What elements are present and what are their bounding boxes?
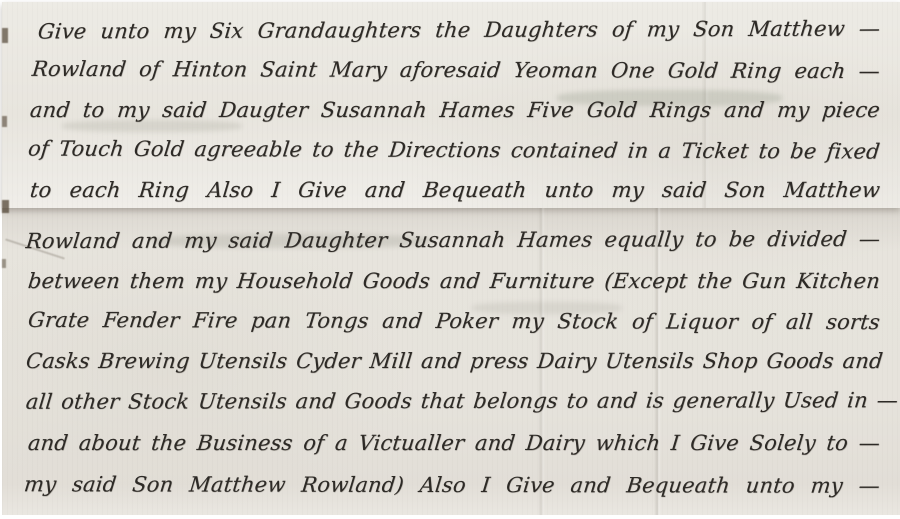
manuscript-line: all other Stock Utensils and Goods that …	[25, 390, 881, 412]
manuscript-page: Give unto my Six Grandaughters the Daugh…	[2, 2, 900, 515]
manuscript-line: to each Ring Also I Give and Bequeath un…	[29, 180, 881, 201]
binding-mark	[2, 200, 9, 213]
manuscript-line: Casks Brewing Utensils Cyder Mill and pr…	[25, 351, 881, 372]
manuscript-line: Rowland and my said Daughter Susannah Ha…	[25, 229, 881, 252]
manuscript-line: and about the Business of a Victualler a…	[27, 433, 881, 454]
manuscript-line: between them my Household Goods and Furn…	[27, 271, 881, 292]
binding-mark	[2, 28, 8, 43]
manuscript-photo: Give unto my Six Grandaughters the Daugh…	[0, 0, 900, 519]
manuscript-line: Rowland of Hinton Saint Mary aforesaid Y…	[31, 59, 881, 82]
manuscript-line: of Touch Gold agreeable to the Direction…	[27, 139, 881, 163]
binding-mark	[2, 116, 7, 127]
manuscript-line: Grate Fender Fire pan Tongs and Poker my…	[27, 310, 881, 333]
manuscript-line: Give unto my Six Grandaughters the Daugh…	[37, 19, 881, 43]
binding-mark	[2, 259, 6, 268]
manuscript-line: and to my said Daugter Susannah Hames Fi…	[29, 100, 881, 121]
manuscript-line: my said Son Matthew Rowland) Also I Give…	[23, 474, 881, 496]
